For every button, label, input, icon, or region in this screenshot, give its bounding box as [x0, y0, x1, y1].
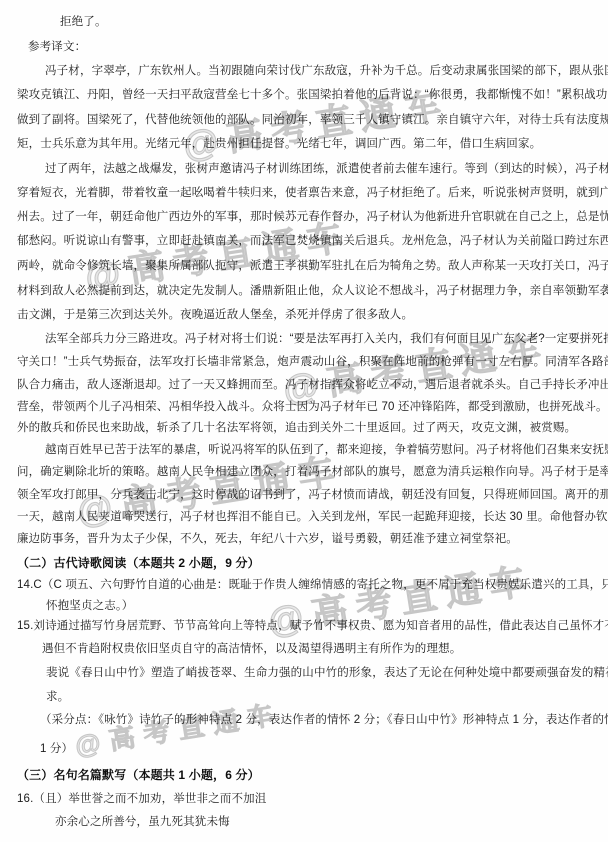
text-line: 14.C（C 项五、六句野竹自道的心曲是：既耻于作贵人缠绵情感的寄托之物，更不屑…: [17, 578, 608, 593]
text-line: 外的散兵和侨民也来助战，斩杀了几十名法军将领，追击到关外二十里返回。过了两天，攻…: [17, 421, 576, 436]
text-line: 求。: [46, 690, 69, 705]
text-line: 越南百姓早已苦于法军的暴虐，听说冯将军的队伍到了，都来迎接，争着犒劳慰问。冯子材…: [45, 443, 608, 458]
text-line: 怀抱坚贞之志。）: [46, 599, 133, 614]
text-line: 拒绝了。: [60, 15, 107, 30]
text-line: 矩，士兵乐意为其年用。光绪元年，赴贵州担任提督。光绪七年，调回广西。第二年，借口…: [17, 137, 541, 152]
text-line: 廉边防事务，晋升为太子少保，不久，死去，年纪八十六岁，谥号勇毅，朝廷准予建立祠堂…: [17, 532, 518, 547]
text-line: 郁愁闷。听说谅山有警事，立即赶赴镇南关，而法军已焚烧镇南关后退兵。龙州危急，冯子…: [17, 234, 608, 249]
text-line: （二）古代诗歌阅读（本题共 2 小题，9 分）: [17, 556, 260, 571]
text-line: 遇但不肯趋附权贵依旧坚贞自守的高洁情怀，以及渴望得遇明主有所作为的理想。: [42, 642, 461, 657]
text-line: 队合力痛击，敌人逐渐退却。过了一天又蜂拥而至。冯子材指挥众将屹立不动，遇后退者就…: [17, 378, 608, 393]
text-line: 营垒，带领两个儿子冯相荣、冯相华投入战斗。众将士因为冯子材年已 70 还冲锋陷阵…: [17, 400, 608, 415]
text-line: 冯子材，字翠亭，广东钦州人。当初跟随向荣讨伐广东敌寇，升补为千总。后变动隶属张国…: [45, 64, 608, 79]
text-line: （三）名句名篇默写（本题共 1 小题，6 分）: [17, 768, 260, 783]
text-line: 领全军攻打郎甲，分兵袭击北宁，这时停战的诏书到了，冯子材愤而请战，朝廷没有回复，…: [17, 488, 608, 503]
text-line: 过了两年，法越之战爆发，张树声邀请冯子材训练团练，派遣使者前去催车速行。等到（到…: [45, 162, 608, 177]
text-line: 亦余心之所善兮，虽九死其犹未悔: [55, 815, 230, 830]
text-line: 两岭，就命令修筑长墙，聚集所属部队扼守，派遣王孝祺勤军驻扎在后为犄角之势。敌人声…: [17, 259, 608, 274]
document-page: @高考直通车@高考直通车@高考直通车@高考直通车@高考直通车@高考直通车 拒绝了…: [0, 0, 608, 842]
text-line: 做到了副将。国梁死了，代替他统领他的部队。同治初年，率领三千人镇守镇江。亲自镇守…: [17, 113, 608, 128]
text-line: （采分点：《咏竹》诗竹子的形神特点 2 分，表达作者的情怀 2 分；《春日山中竹…: [40, 713, 608, 728]
text-line: 材料到敌人必然提前到达，就决定先发制人。潘鼎新阻止他，众人议论不想战斗，冯子材据…: [17, 284, 608, 299]
text-line: 一天，越南人民夹道啼哭送行，冯子材也挥泪不能自已。入关到龙州，军民一起跪拜迎接，…: [17, 510, 608, 525]
watermark-text: @高考直通车: [72, 693, 285, 762]
text-line: 击文渊，于是第三次到达关外。夜晚逼近敌人堡垒，杀死并俘虏了很多敌人。: [17, 308, 413, 323]
text-line: 梁攻克镇江、丹阳，曾经一天扫平敌寇营垒七十多个。张国梁拍着他的后背说：“你很勇，…: [17, 88, 607, 103]
text-line: 州去。过了一年，朝廷命他广西边外的军事，那时候苏元春作督办，冯子材认为他新进升官…: [17, 210, 608, 225]
text-line: 15.刘诗通过描写竹身居荒野、节节高耸向上等特点，赋予竹不事权贵、愿为知音者用的…: [17, 619, 608, 634]
text-line: 问，确定剿除北圻的策略。越南人民争相建立团众，打着冯子材部队的旗号，愿意为清兵运…: [17, 465, 608, 480]
text-line: 裴说《春日山中竹》塑造了峭拔苍翠、生命力强的山中竹的形象，表达了无论在何种处境中…: [46, 666, 608, 681]
text-line: 16.（且）举世誉之而不加劝，举世非之而不加沮: [17, 792, 266, 807]
text-line: 法军全部兵力分三路进攻。冯子材对将士们说：“要是法军再打入关内，我们有何面目见广…: [45, 332, 608, 347]
text-line: 1 分）: [40, 742, 73, 757]
text-line: 参考译文：: [28, 40, 86, 55]
text-line: 穿着短衣，光着脚，带着牧童一起吆喝着牛犊归来，使者禀告来意，冯子材拒绝了。后来，…: [17, 186, 608, 201]
text-line: 守关口！”士兵气势振奋，法军攻打长墙非常紧急，炮声震动山谷，积聚在阵地前的枪弹有…: [17, 355, 608, 370]
